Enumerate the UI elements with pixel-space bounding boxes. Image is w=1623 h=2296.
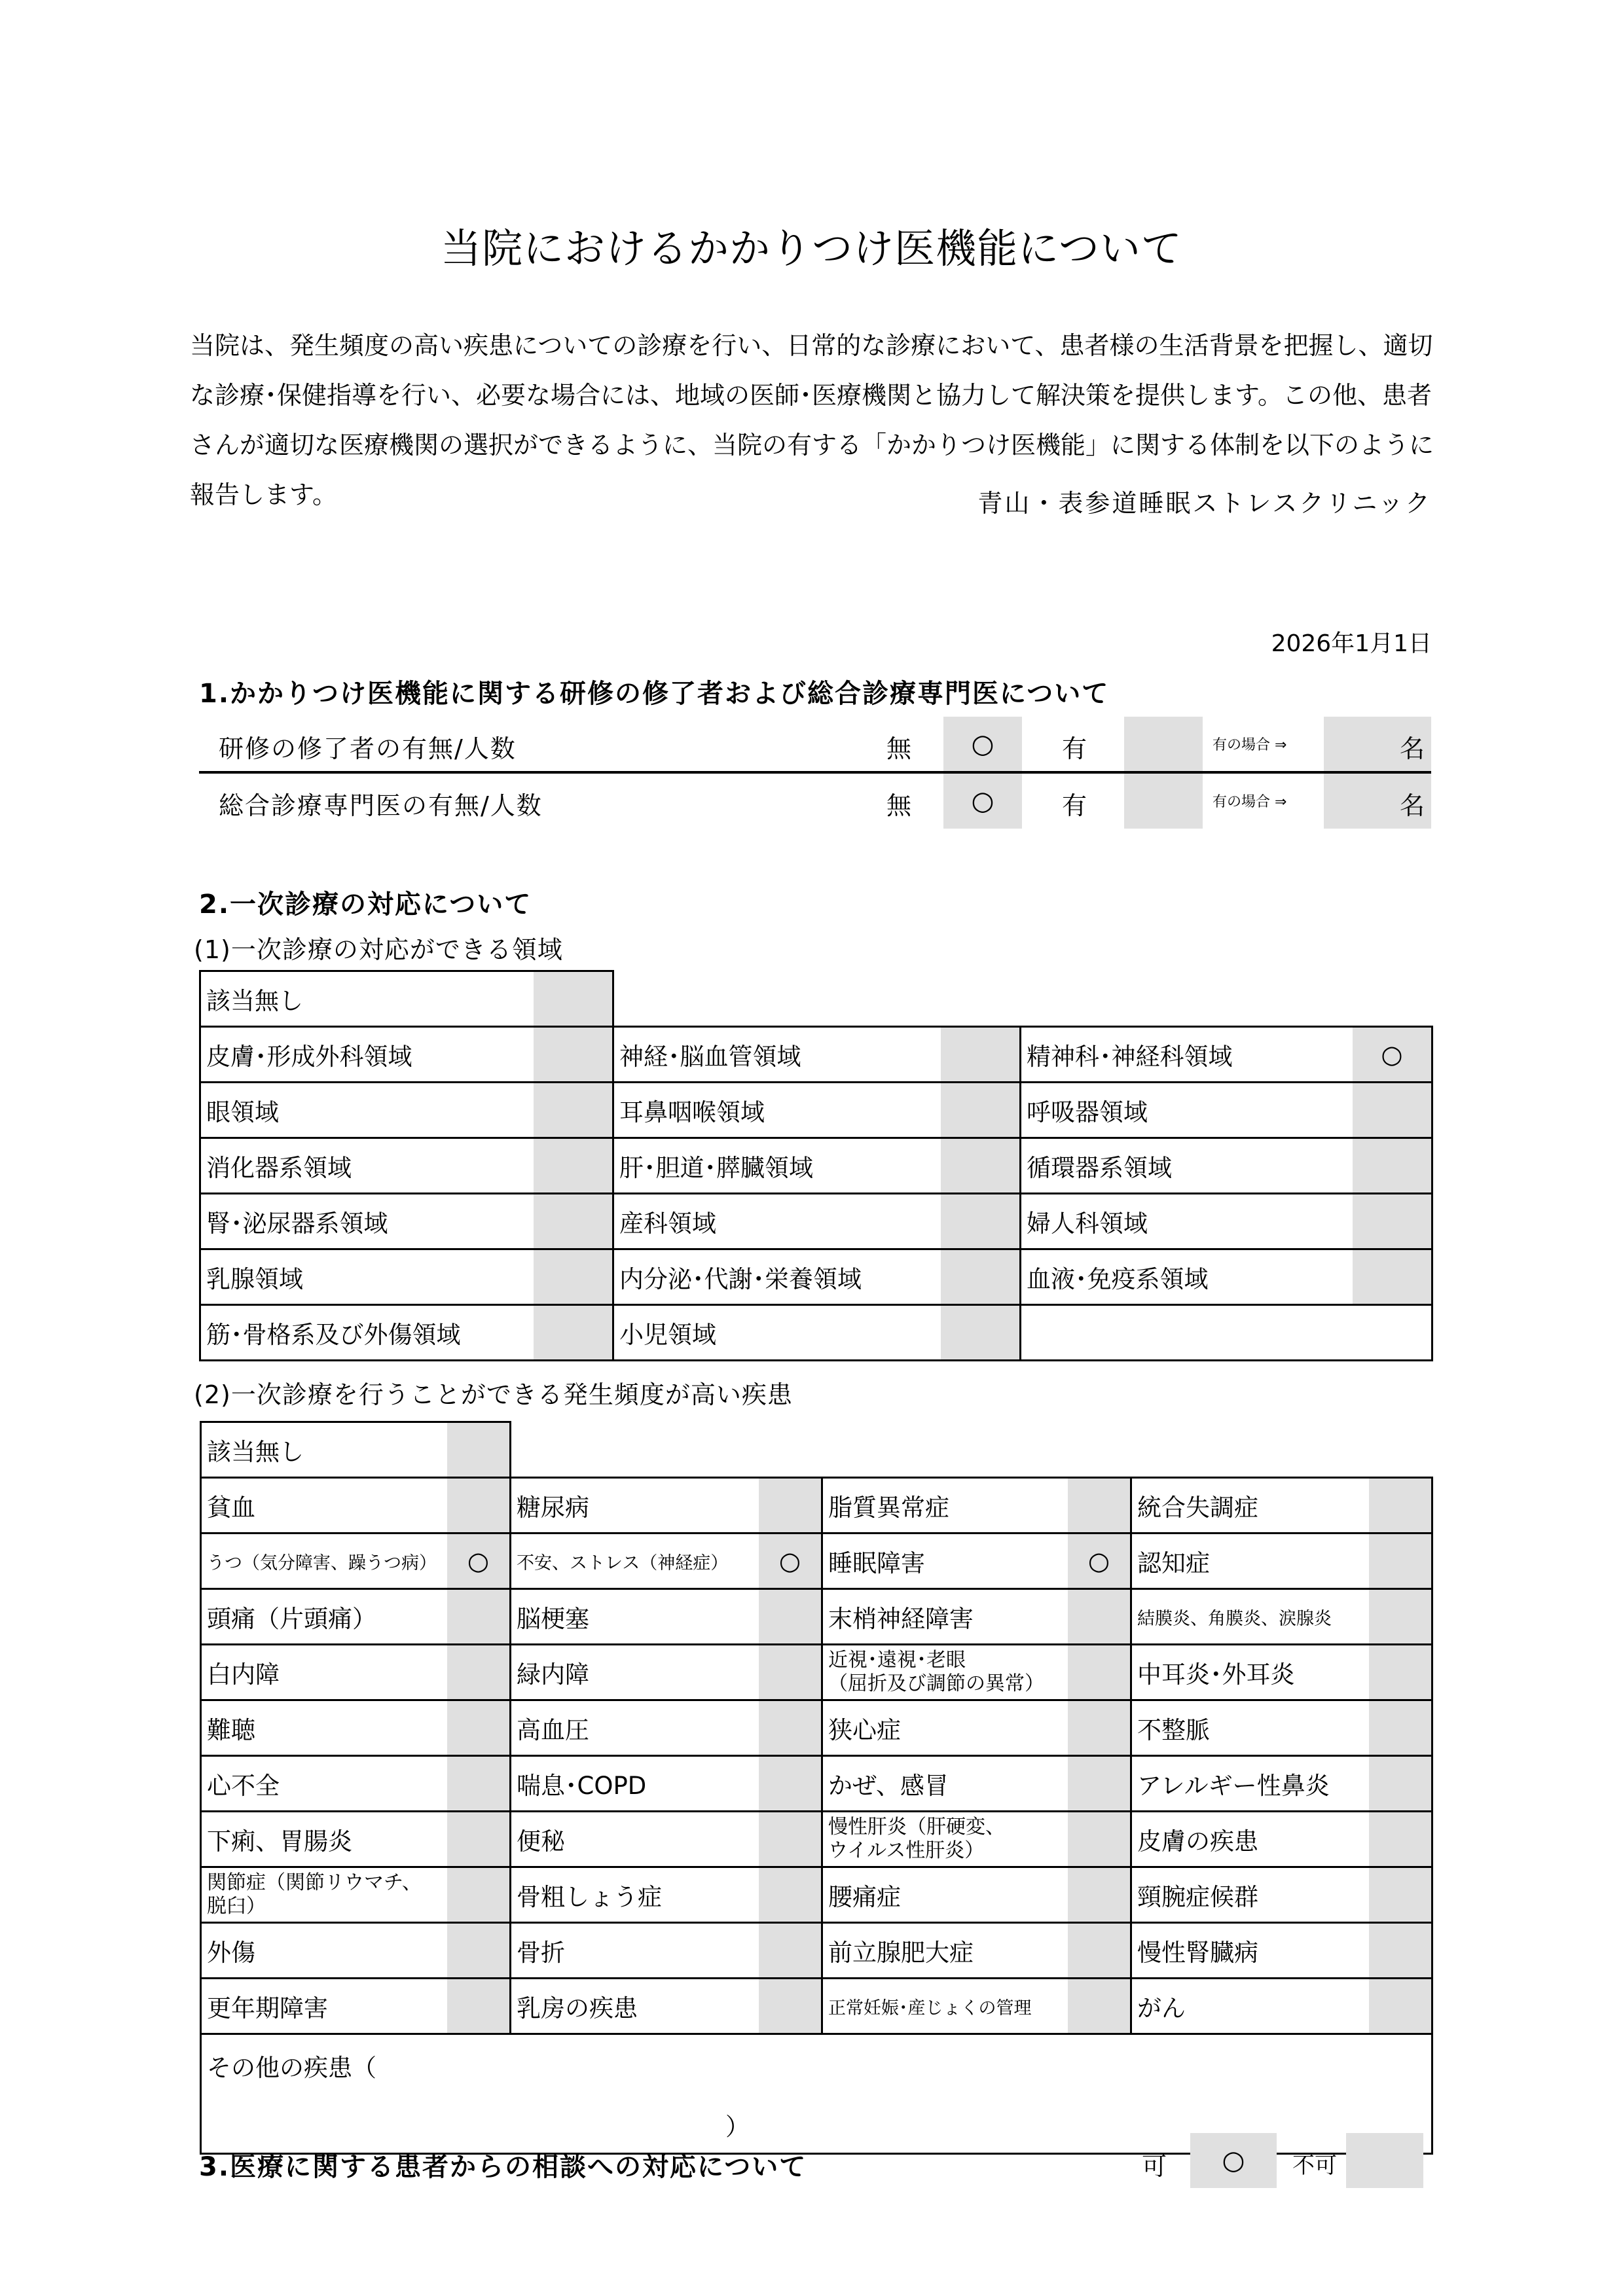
check-cell[interactable] [447,1701,509,1755]
check-cell[interactable] [1369,1812,1431,1866]
cell-label: 脳梗塞 [517,1590,589,1643]
disease-cell: 高血圧 [509,1699,823,1757]
check-cell[interactable] [759,1979,821,2033]
disease-cell: 中耳炎･外耳炎 [1130,1643,1433,1701]
cell-label: 腰痛症 [828,1868,901,1922]
section1-row-training: 研修の修了者の有無/人数 無 ○ 有 有の場合 ⇒ 名 [199,717,1431,772]
check-cell[interactable] [1369,1590,1431,1643]
clinic-name: 青山・表参道睡眠ストレスクリニック [977,483,1432,519]
domain-cell: 耳鼻咽喉領域 [612,1081,1021,1139]
none-checkbox[interactable]: ○ [943,774,1022,829]
cell-label: 乳房の疾患 [517,1979,638,2033]
check-cell[interactable] [1068,1924,1130,1977]
domain-cell: 血液･免疫系領域 [1019,1248,1433,1306]
check-cell[interactable] [1369,1924,1431,1977]
domain-cell: 神経･脳血管領域 [612,1026,1021,1083]
check-cell[interactable] [534,1083,612,1137]
none-label: 無 [886,728,911,764]
check-cell[interactable] [941,1306,1019,1359]
cell-label: 産科領域 [619,1194,716,1248]
cell-label: 狭心症 [828,1701,901,1755]
not-possible-checkbox[interactable] [1346,2133,1423,2188]
disease-cell: 白内障 [200,1643,511,1701]
yes-checkbox[interactable] [1124,774,1203,829]
unit-label: 名 [1400,728,1425,764]
check-cell[interactable] [759,1812,821,1866]
domain-cell: 呼吸器領域 [1019,1081,1433,1139]
check-cell[interactable] [759,1479,821,1532]
disease-cell: 慢性腎臓病 [1130,1922,1433,1979]
check-cell[interactable] [1353,1139,1431,1193]
domain-cell: 産科領域 [612,1193,1021,1250]
cell-label: 骨粗しょう症 [517,1868,662,1922]
check-cell[interactable] [759,1590,821,1643]
domain-cell: 筋･骨格系及び外傷領域 [199,1304,614,1361]
check-cell[interactable] [447,1757,509,1810]
check-cell[interactable]: ○ [447,1534,509,1588]
check-cell[interactable] [447,1924,509,1977]
check-cell[interactable]: ○ [1068,1534,1130,1588]
disease-cell: 脂質異常症 [821,1477,1132,1534]
cell-label: 血液･免疫系領域 [1027,1250,1209,1304]
cell-label: 慢性腎臓病 [1137,1924,1258,1977]
unit-label: 名 [1400,785,1425,821]
disease-cell: 喘息･COPD [509,1755,823,1812]
check-cell[interactable] [941,1194,1019,1248]
domain-cell: 精神科･神経科領域○ [1019,1026,1433,1083]
cell-label: 結膜炎、角膜炎、涙腺炎 [1137,1590,1332,1643]
check-cell[interactable] [1369,1979,1431,2033]
cell-label: 乳腺領域 [206,1250,303,1304]
cell-label: 末梢神経障害 [828,1590,974,1643]
disease-cell: 認知症 [1130,1532,1433,1590]
check-cell[interactable] [1369,1701,1431,1755]
cell-label: 統合失調症 [1137,1479,1258,1532]
none-label: 無 [886,785,911,821]
cell-label: 該当無し [206,972,303,1026]
check-cell[interactable] [941,1083,1019,1137]
disease-cell: かぜ、感冒 [821,1755,1132,1812]
check-cell[interactable] [447,1868,509,1922]
check-cell[interactable] [941,1028,1019,1081]
domain-cell: 皮膚･形成外科領域 [199,1026,614,1083]
check-cell[interactable] [1068,1479,1130,1532]
check-cell[interactable] [759,1924,821,1977]
disease-cell: 下痢、胃腸炎 [200,1810,511,1868]
cell-label: 糖尿病 [517,1479,589,1532]
cell-label: 不整脈 [1137,1701,1210,1755]
cell-label: 皮膚･形成外科領域 [206,1028,412,1081]
check-cell[interactable] [759,1868,821,1922]
disease-cell: 貧血 [200,1477,511,1534]
disease-cell: 頸腕症候群 [1130,1866,1433,1924]
cell-label: 筋･骨格系及び外傷領域 [206,1306,461,1359]
section3-row: 3.医療に関する患者からの相談への対応について 可 ○ 不可 [199,2133,1431,2188]
check-cell[interactable] [1068,1645,1130,1699]
check-cell[interactable] [1353,1194,1431,1248]
cell-label: 頸腕症候群 [1137,1868,1258,1922]
section3-heading: 3.医療に関する患者からの相談への対応について [199,2146,807,2183]
check-cell[interactable] [1068,1868,1130,1922]
cell-label: 高血圧 [517,1701,589,1755]
section2-part1-heading: (1)一次診療の対応ができる領域 [194,929,563,965]
cell-label: 頭痛（片頭痛） [207,1590,376,1643]
cell-label: アレルギー性鼻炎 [1137,1757,1330,1810]
domain-cell: 婦人科領域 [1019,1193,1433,1250]
cell-label: 小児領域 [619,1306,716,1359]
if-yes-label: 有の場合 ⇒ [1213,791,1286,811]
cell-label: 肝･胆道･膵臓領域 [619,1139,813,1193]
domain-cell: 肝･胆道･膵臓領域 [612,1137,1021,1194]
if-yes-label: 有の場合 ⇒ [1213,734,1286,754]
cell-label: 腎･泌尿器系領域 [206,1194,388,1248]
check-cell[interactable] [759,1757,821,1810]
check-cell[interactable] [759,1701,821,1755]
section1-row-specialist: 総合診療専門医の有無/人数 無 ○ 有 有の場合 ⇒ 名 [199,774,1431,829]
not-possible-label: 不可 [1292,2147,1337,2179]
disease-cell: 正常妊娠･産じょくの管理 [821,1977,1132,2035]
row-label: 総合診療専門医の有無/人数 [219,785,543,821]
cell-label: がん [1137,1979,1186,2033]
disease-cell: 統合失調症 [1130,1477,1433,1534]
disease-cell: 脳梗塞 [509,1588,823,1645]
check-cell[interactable] [759,1645,821,1699]
disease-cell: 皮膚の疾患 [1130,1810,1433,1868]
disease-cell: 関節症（関節リウマチ、 脱臼） [200,1866,511,1924]
cell-label: 中耳炎･外耳炎 [1137,1645,1295,1699]
cell-label: 皮膚の疾患 [1137,1812,1258,1866]
other-diseases-label: その他の疾患（ [207,2048,376,2083]
page-title: 当院におけるかかりつけ医機能について [0,216,1623,274]
cell-label: 正常妊娠･産じょくの管理 [828,1979,1032,2033]
section2-heading: 2.一次診療の対応について [199,884,532,921]
disease-cell: 不整脈 [1130,1699,1433,1757]
check-cell[interactable] [1353,1250,1431,1304]
disease-cell: 結膜炎、角膜炎、涙腺炎 [1130,1588,1433,1645]
possible-label: 可 [1142,2146,1167,2182]
check-cell[interactable] [447,1590,509,1643]
disease-cell: 慢性肝炎（肝硬変、 ウイルス性肝炎） [821,1810,1132,1868]
cell-label: 精神科･神経科領域 [1027,1028,1233,1081]
domain-cell [1019,1304,1433,1361]
disease-cell: 頭痛（片頭痛） [200,1588,511,1645]
possible-checkbox[interactable]: ○ [1190,2133,1277,2188]
check-cell[interactable]: ○ [1353,1028,1431,1081]
check-cell[interactable] [1068,1757,1130,1810]
cell-label: 婦人科領域 [1027,1194,1148,1248]
yes-label: 有 [1062,728,1087,764]
domain-cell: 乳腺領域 [199,1248,614,1306]
cell-label: 骨折 [517,1924,565,1977]
check-cell[interactable] [1369,1868,1431,1922]
check-cell[interactable] [534,1306,612,1359]
cell-label: 呼吸器領域 [1027,1083,1148,1137]
count-field[interactable]: 名 [1324,774,1431,829]
disease-cell: 末梢神経障害 [821,1588,1132,1645]
cell-label: 更年期障害 [207,1979,328,2033]
check-cell[interactable] [534,1194,612,1248]
row-label: 研修の修了者の有無/人数 [219,728,517,764]
cell-label: 消化器系領域 [206,1139,352,1193]
check-cell[interactable] [1353,1083,1431,1137]
cell-label: 近視･遠視･老眼 （屈折及び調節の異常） [828,1645,1044,1699]
cell-label: 不安、ストレス（神経症） [517,1534,728,1588]
check-cell[interactable] [941,1139,1019,1193]
cell-label: 内分泌･代謝･栄養領域 [619,1250,862,1304]
section2-part2-heading: (2)一次診療を行うことができる発生頻度が高い疾患 [194,1374,793,1410]
disease-cell: 更年期障害 [200,1977,511,2035]
cell-label: 循環器系領域 [1027,1139,1172,1193]
disease-cell: 心不全 [200,1755,511,1812]
check-cell[interactable] [941,1250,1019,1304]
domain-cell: 眼領域 [199,1081,614,1139]
cell-label: 心不全 [207,1757,280,1810]
check-cell[interactable] [1369,1534,1431,1588]
disease-cell: アレルギー性鼻炎 [1130,1755,1433,1812]
domain-cell: 小児領域 [612,1304,1021,1361]
cell-label: 耳鼻咽喉領域 [619,1083,765,1137]
check-cell[interactable] [447,1423,509,1477]
disease-cell: 乳房の疾患 [509,1977,823,2035]
disease-cell: 外傷 [200,1922,511,1979]
check-cell[interactable] [1068,1812,1130,1866]
cell-label: 緑内障 [517,1645,589,1699]
disease-cell: 便秘 [509,1810,823,1868]
domain-cell: 内分泌･代謝･栄養領域 [612,1248,1021,1306]
yes-checkbox[interactable] [1124,717,1203,772]
section1-heading: 1.かかりつけ医機能に関する研修の修了者および総合診療専門医について [199,673,1109,710]
disease-cell: 難聴 [200,1699,511,1757]
domain-cell: 循環器系領域 [1019,1137,1433,1194]
cell-label: 認知症 [1137,1534,1210,1588]
check-cell[interactable] [1369,1479,1431,1532]
check-cell[interactable] [447,1979,509,2033]
cell-label: 白内障 [207,1645,280,1699]
check-cell[interactable] [534,1250,612,1304]
cell-label: 該当無し [207,1423,304,1477]
none-checkbox[interactable]: ○ [943,717,1022,772]
not-applicable-cell: 該当無し [200,1421,511,1479]
cell-label: 喘息･COPD [517,1757,646,1810]
cell-label: 神経･脳血管領域 [619,1028,801,1081]
disease-cell: 骨粗しょう症 [509,1866,823,1924]
report-date: 2026年1月1日 [1271,625,1432,658]
count-field[interactable]: 名 [1324,717,1431,772]
disease-cell: 睡眠障害○ [821,1532,1132,1590]
yes-label: 有 [1062,785,1087,821]
check-cell[interactable] [534,1139,612,1193]
check-cell[interactable] [1369,1645,1431,1699]
disease-cell: 糖尿病 [509,1477,823,1534]
disease-cell: 近視･遠視･老眼 （屈折及び調節の異常） [821,1643,1132,1701]
disease-cell: うつ（気分障害、躁うつ病）○ [200,1532,511,1590]
disease-cell: 狭心症 [821,1699,1132,1757]
disease-cell: 緑内障 [509,1643,823,1701]
not-applicable-cell: 該当無し [199,970,614,1028]
domain-cell: 消化器系領域 [199,1137,614,1194]
disease-cell: がん [1130,1977,1433,2035]
domain-cell: 腎･泌尿器系領域 [199,1193,614,1250]
disease-cell: 骨折 [509,1922,823,1979]
check-cell[interactable] [1068,1979,1130,2033]
cell-label: 下痢、胃腸炎 [207,1812,352,1866]
cell-label: 便秘 [517,1812,565,1866]
disease-cell: 前立腺肥大症 [821,1922,1132,1979]
check-cell[interactable] [447,1812,509,1866]
cell-label: 関節症（関節リウマチ、 脱臼） [207,1868,422,1922]
cell-label: うつ（気分障害、躁うつ病） [207,1534,437,1588]
cell-label: 前立腺肥大症 [828,1924,974,1977]
check-cell[interactable] [1068,1590,1130,1643]
disease-cell: 不安、ストレス（神経症）○ [509,1532,823,1590]
cell-label: かぜ、感冒 [828,1757,949,1810]
cell-label: 外傷 [207,1924,255,1977]
check-cell[interactable] [1369,1757,1431,1810]
cell-label: 慢性肝炎（肝硬変、 ウイルス性肝炎） [828,1812,1005,1866]
disease-cell: 腰痛症 [821,1866,1132,1924]
check-cell[interactable] [534,1028,612,1081]
check-cell[interactable] [534,972,612,1026]
check-cell[interactable] [447,1479,509,1532]
cell-label: 眼領域 [206,1083,279,1137]
cell-label: 睡眠障害 [828,1534,925,1588]
check-cell[interactable] [447,1645,509,1699]
cell-label: 難聴 [207,1701,255,1755]
check-cell[interactable] [1068,1701,1130,1755]
check-cell[interactable]: ○ [759,1534,821,1588]
cell-label: 貧血 [207,1479,255,1532]
cell-label: 脂質異常症 [828,1479,949,1532]
